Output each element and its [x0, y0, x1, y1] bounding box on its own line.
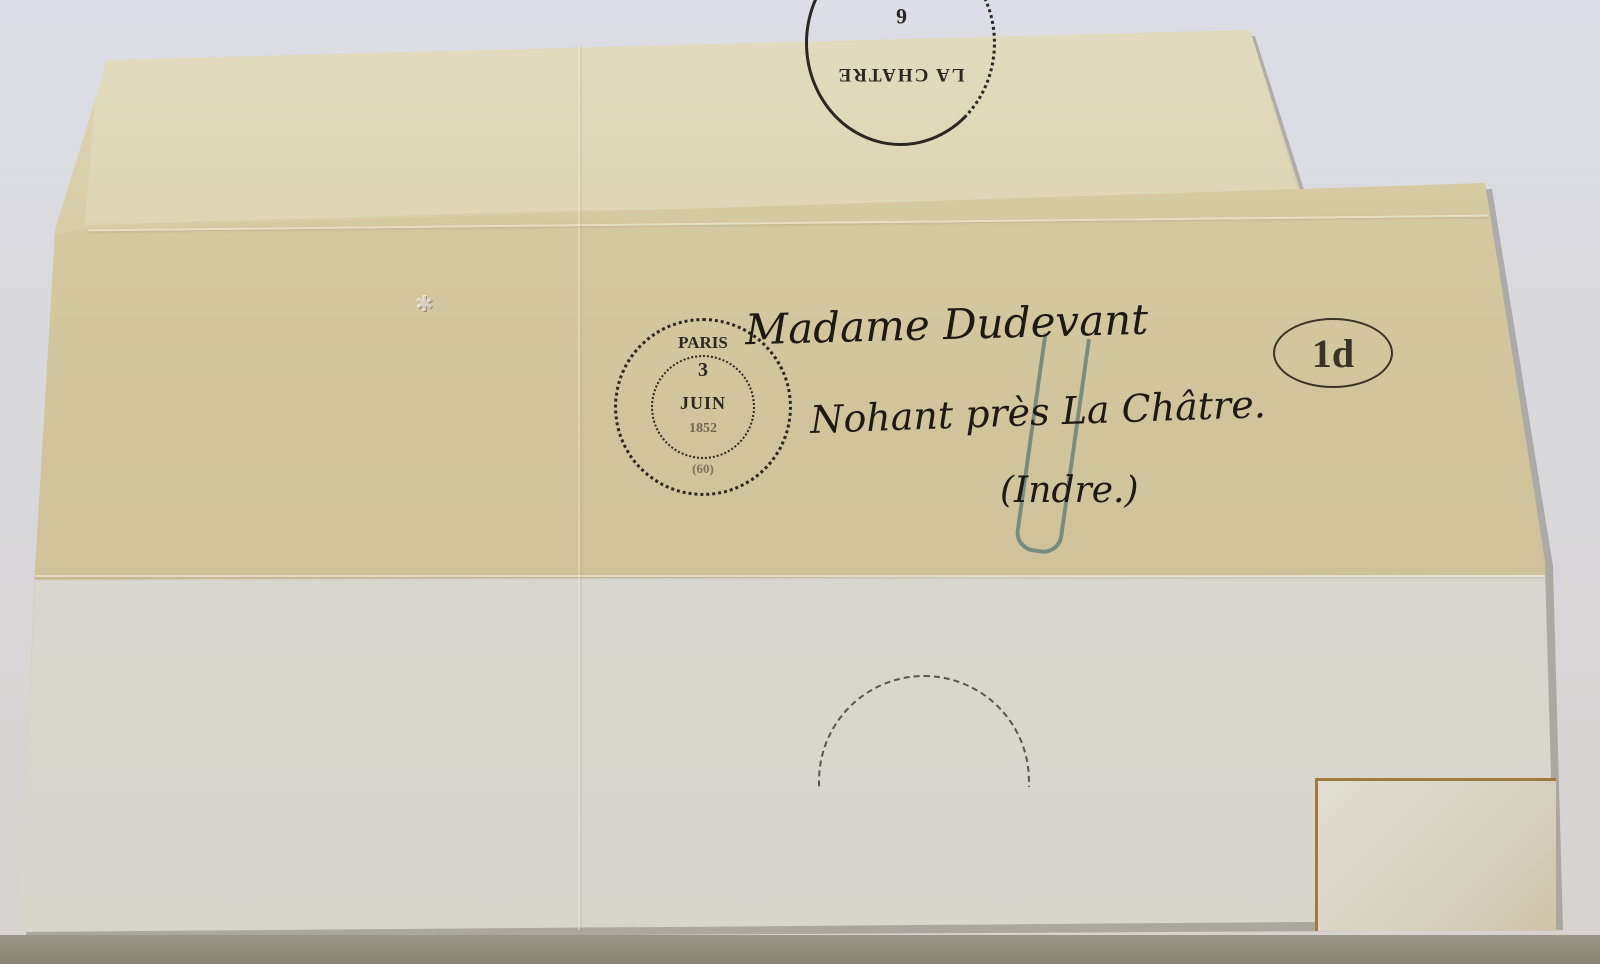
rate-handstamp: 1d: [1273, 318, 1393, 388]
paris-postmark-bottom: (60): [617, 461, 789, 477]
embossed-mark: ✱: [415, 292, 455, 316]
rate-handstamp-text: 1d: [1312, 330, 1354, 377]
address-line-department: (Indre.): [1000, 470, 1139, 511]
receiving-postmark-text: LA CHATRE: [808, 63, 993, 85]
paris-postmark-month: JUIN: [617, 393, 789, 414]
paper-repair-patch: [1315, 778, 1556, 931]
paris-postmark-day: 3: [617, 359, 789, 382]
table-edge: [0, 935, 1600, 964]
fold-line-vertical: [578, 45, 580, 930]
receiving-postmark-day: 6: [808, 3, 993, 29]
fold-line-lower: [35, 575, 1545, 577]
photo-stage: ✱ LA CHATRE 6 PARIS 3 JUIN 1852 (60) 1d …: [0, 0, 1600, 964]
paris-postmark-year: 1852: [617, 421, 789, 437]
